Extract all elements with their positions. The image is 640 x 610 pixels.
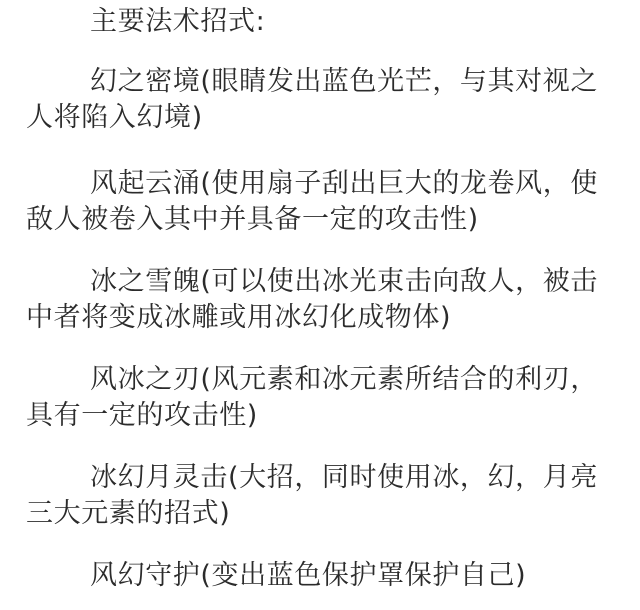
skill-paragraph-wind-ice-blade: 风冰之刃(风元素和冰元素所结合的利刃，具有一定的攻击性) [26,362,616,434]
document-body: 主要法术招式: 幻之密境(眼睛发出蓝色光芒，与其对视之人将陷入幻境) 风起云涌(… [0,0,640,610]
skill-paragraph-ice-illusion-moon-strike: 冰幻月灵击(大招，同时使用冰，幻，月亮三大元素的招式) [26,460,616,532]
skill-paragraph-wind-cloud: 风起云涌(使用扇子刮出巨大的龙卷风，使敌人被卷入其中并具备一定的攻击性) [26,166,616,238]
section-heading: 主要法术招式: [26,4,616,40]
skill-paragraph-wind-illusion-guard: 风幻守护(变出蓝色保护罩保护自己) [26,558,616,594]
skill-paragraph-illusion-realm: 幻之密境(眼睛发出蓝色光芒，与其对视之人将陷入幻境) [26,64,616,136]
skill-paragraph-ice-snow-soul: 冰之雪魄(可以使出冰光束击向敌人，被击中者将变成冰雕或用冰幻化成物体) [26,264,616,336]
